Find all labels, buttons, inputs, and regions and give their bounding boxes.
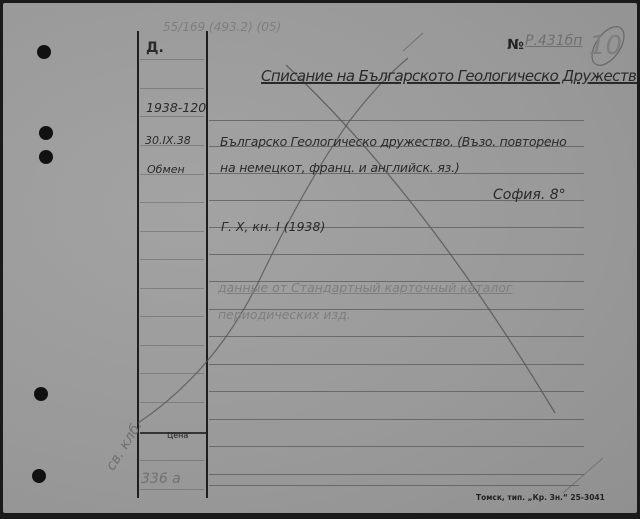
pencil-mark-top-right: 10 [589,31,622,61]
acquisition-method: Обмен [147,163,185,176]
body-line-1: Българско Геологическо дружество. (Възо.… [220,134,566,149]
printer-line: Томск, тип. „Кр. Зн.“ 25-3041 [476,493,605,502]
place-format: София. 8° [493,187,566,203]
bottom-left-note-2: 336 а [141,471,181,487]
pencil-note-1: данные от Стандартный карточный каталог [218,280,513,295]
volume-issue: Г. X, кн. I (1938) [221,219,325,234]
catalog-card: 55/169 (493.2) (05) № Р.431бп 10 Д. 1938… [3,3,637,513]
price-label: Цена [167,431,188,440]
body-line-2: на немецкот, франц. и английск. яз.) [220,160,460,175]
pencil-note-2: периодических изд. [218,307,351,322]
top-pencil-notes: 55/169 (493.2) (05) [163,20,281,34]
left-label-top: Д. [146,40,164,56]
title-line: Списание на Българското Геологическо Дру… [261,67,637,85]
accession-date: 30.IX.38 [145,134,191,147]
call-number: 1938-120 [146,100,206,115]
card-number: Р.431бп [525,33,582,49]
card-number-label: № [507,37,524,53]
